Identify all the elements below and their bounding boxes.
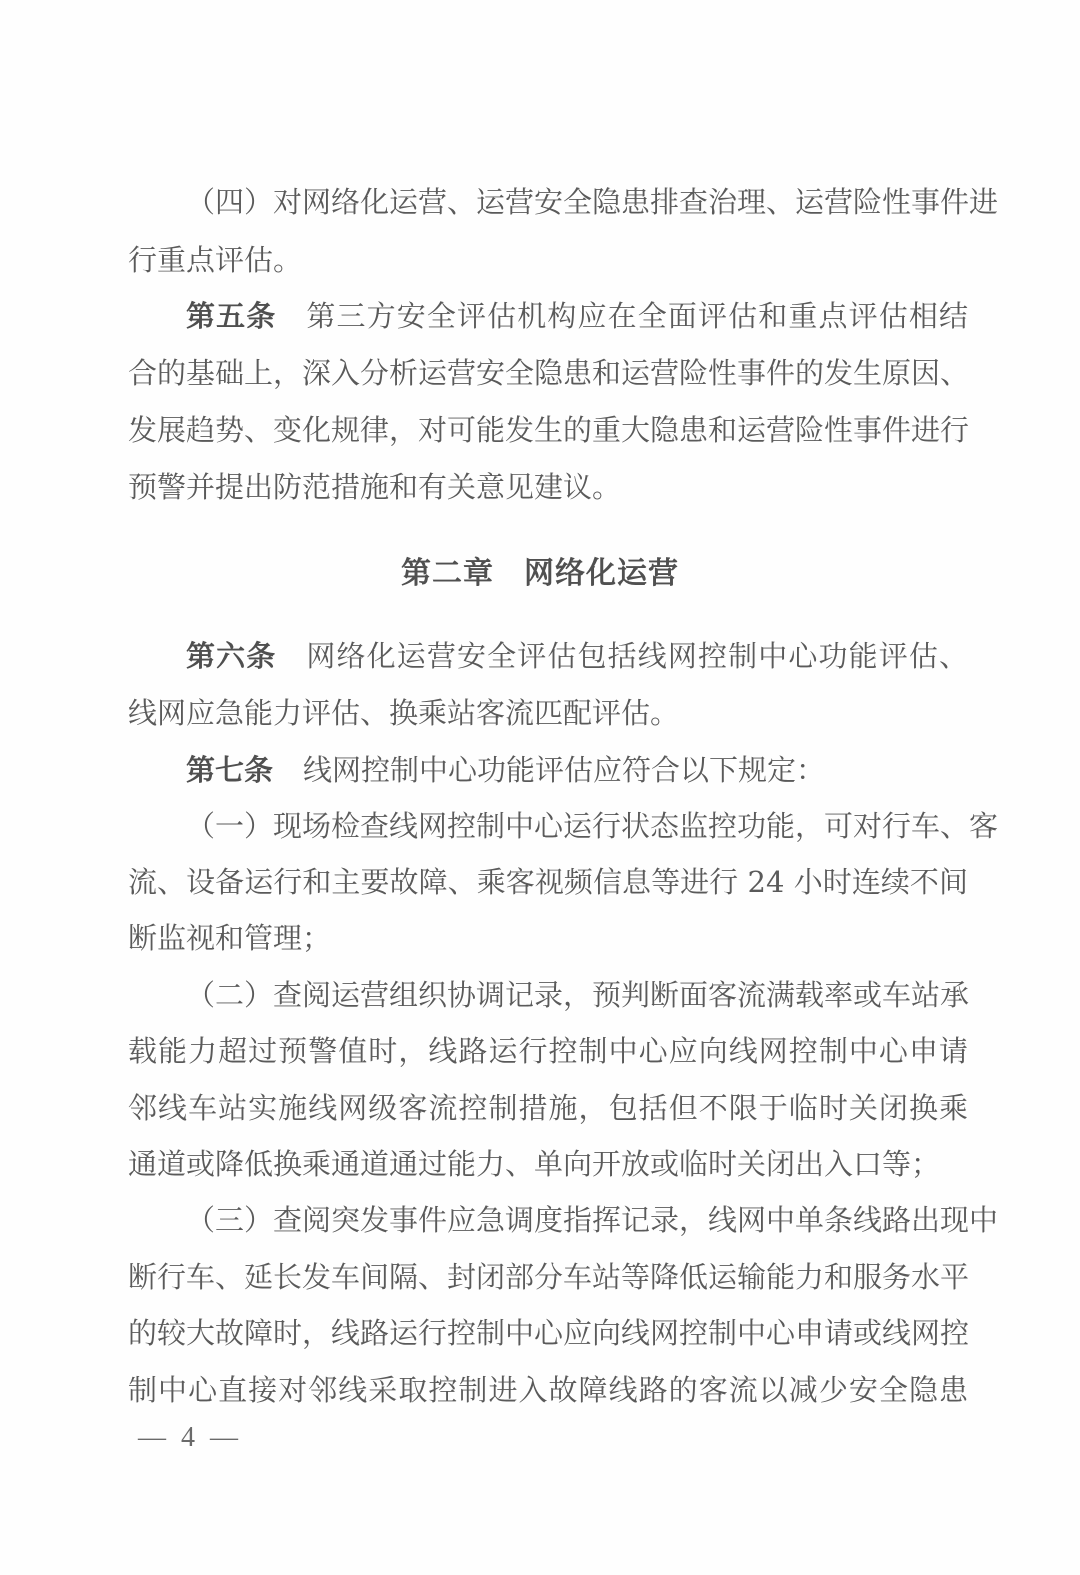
- item-line: 流、设备运行和主要故障、乘客视频信息等进行 24 小时连续不间: [128, 862, 968, 902]
- paragraph-line: 发展趋势、变化规律，对可能发生的重大隐患和运营险性事件进行: [128, 410, 968, 450]
- article-six-line: 第六条网络化运营安全评估包括线网控制中心功能评估、: [186, 636, 968, 676]
- item-line: （一）现场检查线网控制中心运行状态监控功能，可对行车、客: [186, 806, 968, 846]
- item-line: 载能力超过预警值时，线路运行控制中心应向线网控制中心申请: [128, 1031, 968, 1071]
- item-line: 断监视和管理；: [128, 918, 968, 958]
- item-line: （三）查阅突发事件应急调度指挥记录，线网中单条线路出现中: [186, 1200, 968, 1240]
- item-line: 邻线车站实施线网级客流控制措施，包括但不限于临时关闭换乘: [128, 1088, 968, 1128]
- document-page: （四）对网络化运营、运营安全隐患排查治理、运营险性事件进 行重点评估。 第五条第…: [0, 0, 1080, 1575]
- article-text: 第三方安全评估机构应在全面评估和重点评估相结: [306, 299, 968, 333]
- page-number: — 4 —: [138, 1422, 242, 1454]
- chapter-title: 网络化运营: [524, 556, 679, 591]
- paragraph-line: 行重点评估。: [128, 240, 968, 280]
- paragraph-line: 线网应急能力评估、换乘站客流匹配评估。: [128, 693, 968, 733]
- article-label: 第七条: [186, 753, 273, 787]
- item-line: 断行车、延长发车间隔、封闭部分车站等降低运输能力和服务水平: [128, 1257, 968, 1297]
- item-line: 制中心直接对邻线采取控制进入故障线路的客流以减少安全隐患: [128, 1370, 968, 1410]
- paragraph-line: 预警并提出防范措施和有关意见建议。: [128, 467, 968, 507]
- article-label: 第五条: [186, 299, 276, 333]
- item-line: （二）查阅运营组织协调记录，预判断面客流满载率或车站承: [186, 975, 968, 1015]
- paragraph-line: （四）对网络化运营、运营安全隐患排查治理、运营险性事件进: [186, 182, 968, 222]
- article-text: 网络化运营安全评估包括线网控制中心功能评估、: [306, 639, 968, 673]
- item-line: 的较大故障时，线路运行控制中心应向线网控制中心申请或线网控: [128, 1313, 968, 1353]
- article-text: 线网控制中心功能评估应符合以下规定：: [303, 753, 825, 787]
- paragraph-line: 合的基础上，深入分析运营安全隐患和运营险性事件的发生原因、: [128, 353, 968, 393]
- item-line: 通道或降低换乘通道通过能力、单向开放或临时关闭出入口等；: [128, 1144, 968, 1184]
- chapter-heading: 第二章网络化运营: [0, 548, 1080, 592]
- chapter-number: 第二章: [401, 556, 494, 591]
- article-five-line: 第五条第三方安全评估机构应在全面评估和重点评估相结: [186, 296, 968, 336]
- article-label: 第六条: [186, 639, 276, 673]
- article-seven-line: 第七条线网控制中心功能评估应符合以下规定：: [186, 750, 968, 790]
